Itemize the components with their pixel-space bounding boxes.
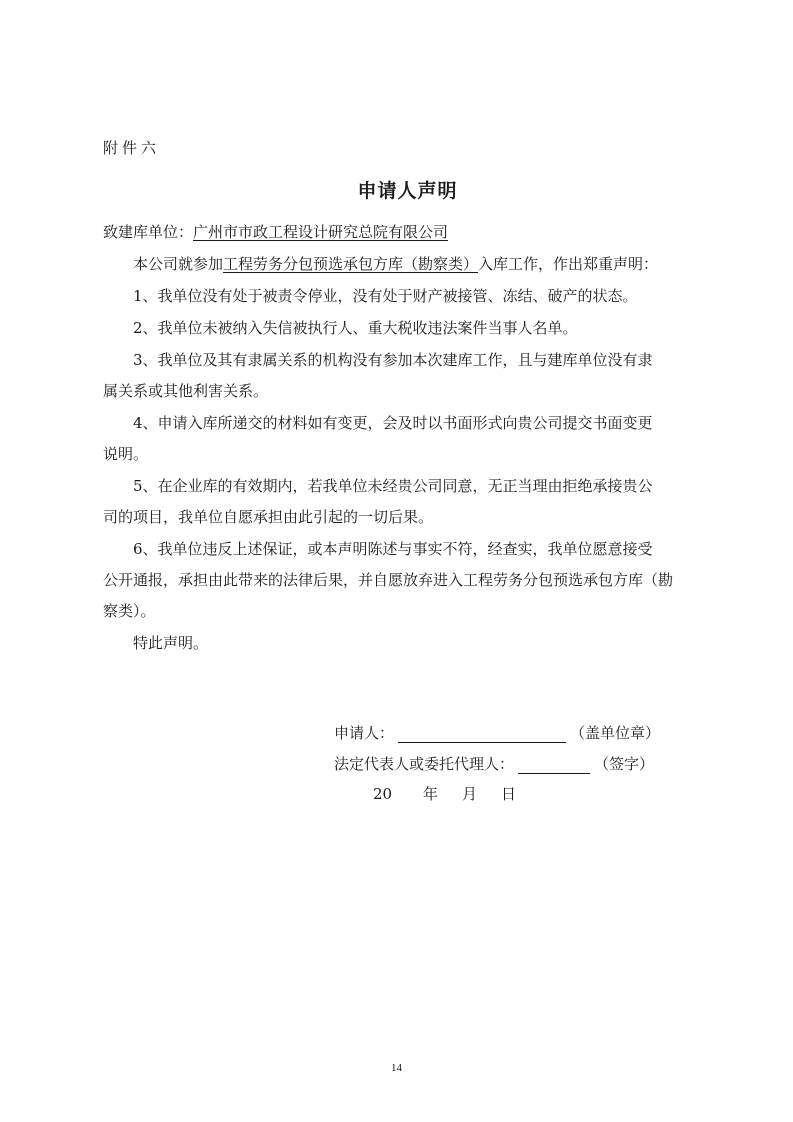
date-month-label: 月: [462, 783, 501, 804]
statement-item-5: 5、在企业库的有效期内，若我单位未经贵公司同意，无正当理由拒绝承接贵公: [133, 475, 653, 496]
representative-blank[interactable]: [518, 758, 590, 774]
statement-item-4: 4、申请入库所递交的材料如有变更，会及时以书面形式向贵公司提交书面变更: [133, 412, 653, 433]
representative-signature-line: 法定代表人或委托代理人：（签字）: [334, 753, 654, 774]
statement-item-3: 3、我单位及其有隶属关系的机构没有参加本次建库工作，且与建库单位没有隶: [133, 349, 653, 370]
statement-item-1: 1、我单位没有处于被责令停业，没有处于财产被接管、冻结、破产的状态。: [133, 285, 638, 306]
statement-item-4-cont: 说明。: [103, 443, 148, 464]
statement-item-5-cont: 司的项目，我单位自愿承担由此引起的一切后果。: [103, 506, 433, 527]
representative-note: （签字）: [594, 755, 654, 773]
applicant-signature-line: 申请人：（盖单位章）: [334, 722, 660, 743]
intro-project: 工程劳务分包预选承包方库（勘察类）: [223, 255, 478, 273]
statement-item-6-cont2: 察类）。: [103, 600, 156, 621]
intro-line: 本公司就参加工程劳务分包预选承包方库（勘察类）入库工作，作出郑重声明：: [133, 253, 658, 274]
intro-suffix: 入库工作，作出郑重声明：: [478, 255, 658, 273]
statement-item-6: 6、我单位违反上述保证，或本声明陈述与事实不符，经查实，我单位愿意接受: [133, 538, 653, 559]
statement-item-2: 2、我单位未被纳入失信被执行人、重大税收违法案件当事人名单。: [133, 317, 578, 338]
document-page: 附件六 申请人声明 致建库单位：广州市市政工程设计研究总院有限公司 本公司就参加…: [0, 0, 793, 1122]
closing-statement: 特此声明。: [133, 632, 208, 653]
applicant-label: 申请人：: [334, 724, 394, 742]
recipient-prefix: 致建库单位：: [103, 223, 193, 241]
date-year-prefix: 20: [373, 785, 423, 803]
date-day-label: 日: [501, 783, 516, 804]
applicant-note: （盖单位章）: [570, 724, 660, 742]
intro-prefix: 本公司就参加: [133, 255, 223, 273]
representative-label: 法定代表人或委托代理人：: [334, 755, 514, 773]
recipient-line: 致建库单位：广州市市政工程设计研究总院有限公司: [103, 221, 448, 242]
date-year-label: 年: [423, 783, 462, 804]
document-title: 申请人声明: [0, 176, 793, 203]
date-line: 20年月日: [373, 783, 516, 804]
applicant-blank[interactable]: [398, 727, 566, 743]
attachment-label: 附件六: [103, 137, 160, 158]
recipient-name: 广州市市政工程设计研究总院有限公司: [193, 223, 448, 241]
statement-item-3-cont: 属关系或其他利害关系。: [103, 380, 268, 401]
page-number: 14: [0, 1062, 793, 1074]
statement-item-6-cont: 公开通报，承担由此带来的法律后果，并自愿放弃进入工程劳务分包预选承包方库（勘: [103, 569, 673, 590]
